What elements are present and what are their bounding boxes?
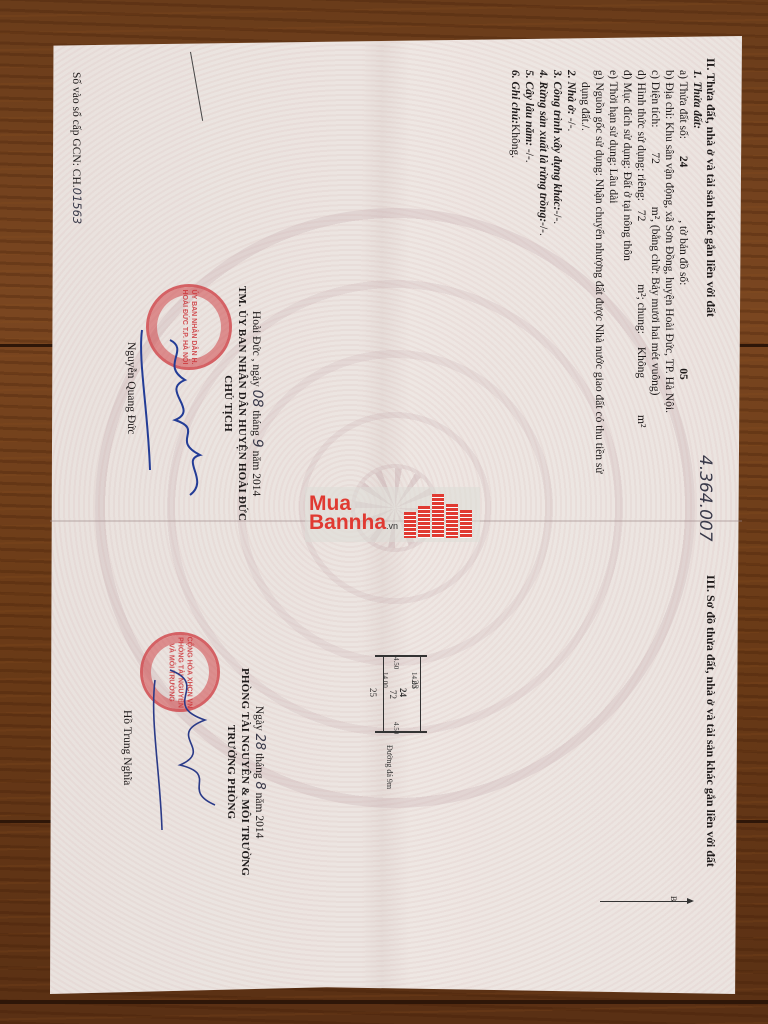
usage-form-line: d) Hình thức sử dụng: riêng: 72 m²; chun…	[634, 58, 648, 474]
north-arrow-label: B	[666, 896, 680, 901]
watermark-logo-text: Mua Bannha.vn	[309, 494, 398, 536]
perennial-line: 5. Cây lâu năm: -/-.	[522, 58, 536, 474]
plot-number: 24	[398, 688, 408, 697]
office-date-line: Ngày 28 tháng 8 năm 2014	[252, 668, 266, 876]
address-line: b) Địa chỉ: Khu sân vận động, xã Sơn Đồn…	[662, 58, 676, 474]
land-heading: 1. Thửa đất:	[690, 58, 704, 474]
neighbor-bottom-number: 25	[368, 688, 378, 697]
area-line: c) Diện tích: 72 m², (bằng chữ: Bảy mươi…	[648, 58, 662, 474]
plot-end-width-bottom: 4.50	[392, 722, 400, 734]
building-logo-icon	[404, 492, 472, 538]
usage-term-line: e) Thời hạn sử dụng: Lâu dài	[606, 58, 620, 474]
floor-seam	[0, 1000, 768, 1004]
district-chairman-signature	[130, 320, 220, 510]
usage-purpose-line: đ) Mục đích sử dụng: Đất ở tại nông thôn	[620, 58, 634, 474]
plot-side-length-2: 14.00	[381, 672, 389, 688]
muabannha-watermark: Mua Bannha.vn	[305, 487, 480, 542]
section-ii: II. Thửa đất, nhà ở và tài sản khác gắn …	[508, 58, 718, 474]
office-signing-block: Ngày 28 tháng 8 năm 2014 PHÒNG TÀI NGUYÊ…	[224, 668, 266, 876]
plot-area: 72	[388, 690, 398, 699]
land-number-line: a) Thửa đất số: 24 , tờ bản đồ số: 05	[676, 58, 690, 474]
area-value: 72	[649, 152, 661, 164]
land-number: 24	[677, 156, 689, 168]
registry-line: Số vào sổ cấp GCN: CH.01563	[69, 72, 84, 224]
road-label: Đường đá 9m	[385, 745, 394, 789]
office-signer-name: Hồ Trung Nghĩa	[120, 710, 134, 785]
office-head-signature	[140, 650, 230, 840]
plot-end-width-top: 4.50	[392, 657, 400, 669]
notes-line: 6. Ghi chú:Không.	[508, 58, 522, 474]
forest-line: 4. Rừng sản xuất là rừng trồng:-/-.	[536, 58, 550, 474]
district-org: TM. ỦY BAN NHÂN DÂN HUYỆN HOÀI ĐỨC	[235, 286, 249, 521]
usage-origin-cont: dụng đất./.	[578, 58, 592, 474]
map-sheet-number: 05	[677, 368, 689, 380]
other-construction-line: 3. Công trình xây dựng khác:-/-.	[550, 58, 564, 474]
handwritten-note: 4.364.007	[698, 455, 712, 542]
office-org: PHÒNG TÀI NGUYÊN & MÔI TRƯỜNG	[238, 668, 252, 876]
district-date-line: Hoài Đức , ngày 08 tháng 9 năm 2014	[249, 286, 264, 521]
section-ii-title: II. Thửa đất, nhà ở và tài sản khác gắn …	[704, 58, 718, 474]
section-iii-title: III. Sơ đồ thửa đất, nhà ở và tài sản kh…	[704, 575, 718, 867]
district-signer-name: Nguyễn Quang Đức	[124, 342, 138, 434]
usage-origin-line: g) Nguồn gốc sử dụng: Nhận chuyển nhượng…	[592, 58, 606, 474]
plot-side-length: 14.00	[410, 672, 418, 688]
plot-boundary-top	[375, 655, 427, 657]
registry-number: 01563	[70, 188, 84, 225]
plot-boundary-bottom	[375, 731, 427, 733]
house-line: 2. Nhà ở: -/-.	[564, 58, 578, 474]
